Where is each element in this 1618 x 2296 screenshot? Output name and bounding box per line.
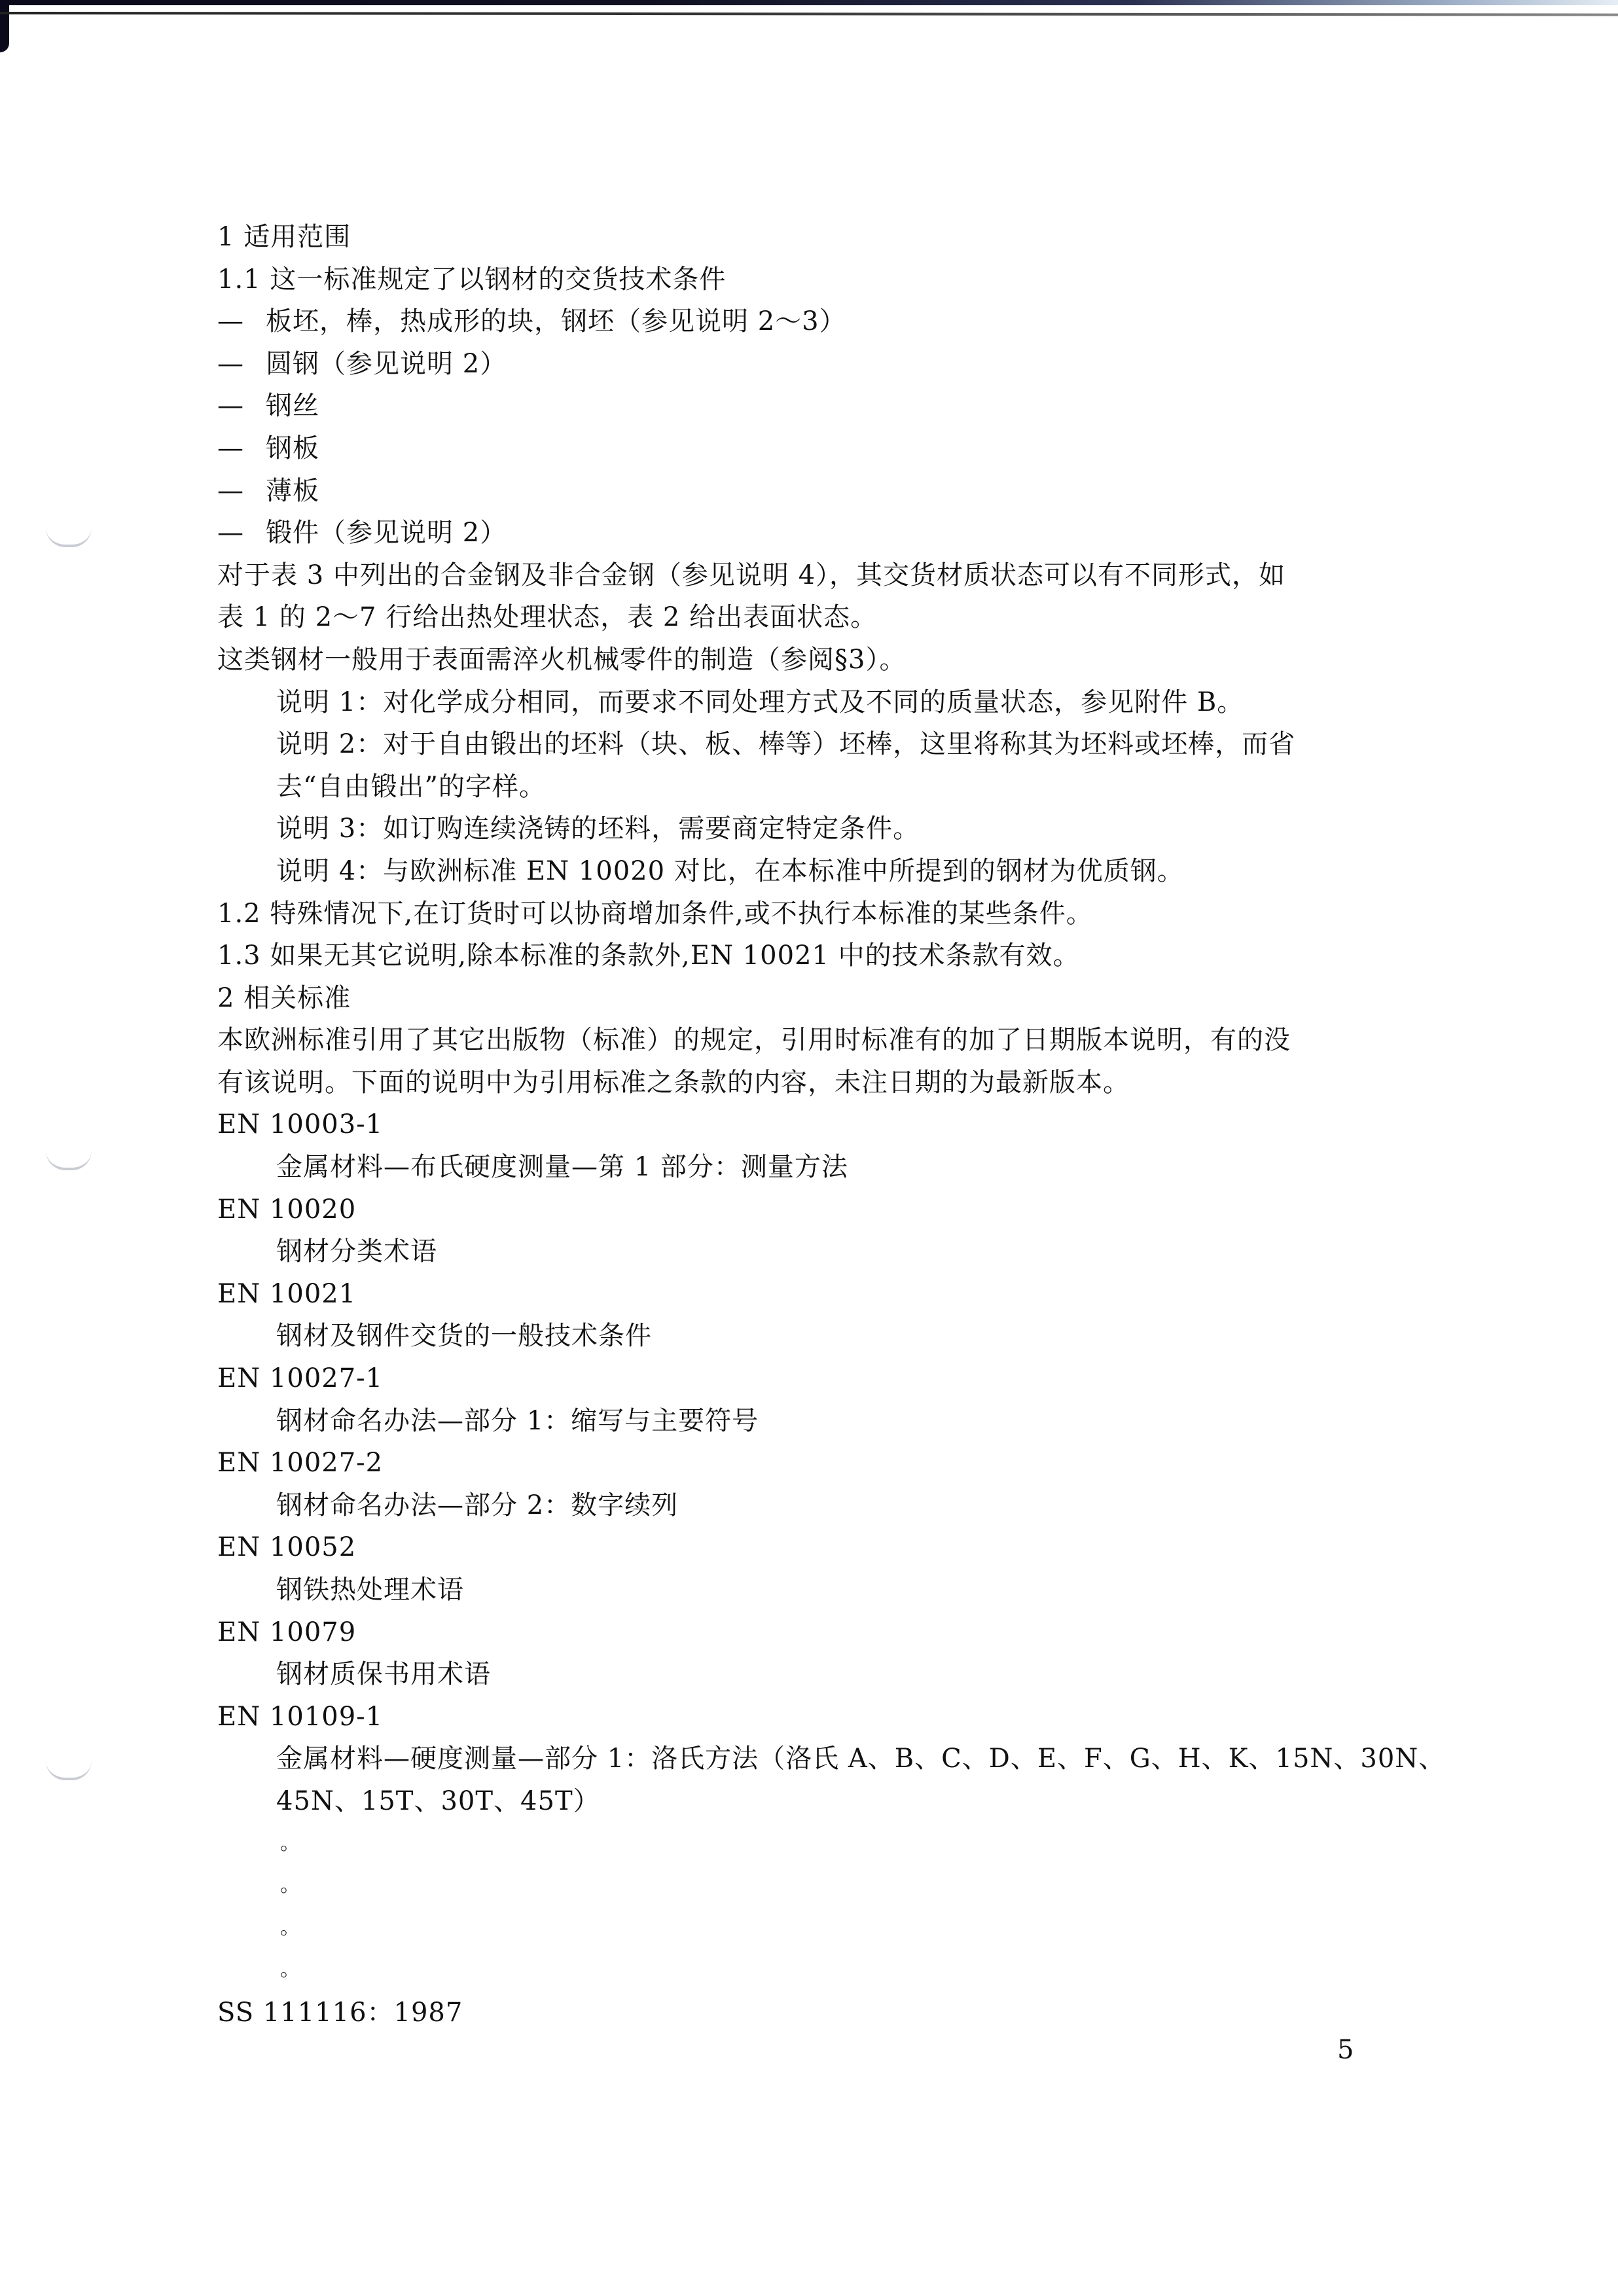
note-2-line-2: 去“自由锻出”的字样。 [217,766,1356,808]
ellipsis-mark: 。 [217,1865,1356,1907]
scan-corner-shadow [0,0,9,52]
delivery-paragraph-line-1: 对于表 3 中列出的合金钢及非合金钢（参见说明 4），其交货材质状态可以有不同形… [217,554,1356,597]
list-item-text: 板坯，棒，热成形的块，钢坯（参见说明 2～3） [266,306,846,336]
product-list-item: —钢丝 [217,385,1356,427]
reference-code: EN 10020 [217,1189,1356,1231]
list-item-text: 锻件（参见说明 2） [266,518,507,548]
scan-top-rule [0,12,1618,16]
reference-code: EN 10052 [217,1526,1356,1569]
product-list-item: —板坯，棒，热成形的块，钢坯（参见说明 2～3） [217,300,1356,343]
usage-paragraph: 这类钢材一般用于表面需淬火机械零件的制造（参阅§3）。 [217,639,1356,681]
punch-hole-mark [46,1761,92,1780]
section-1-heading: 1 适用范围 [217,216,1356,259]
section-2-heading: 2 相关标准 [217,977,1356,1020]
list-item-text: 钢丝 [266,391,319,421]
list-item-text: 圆钢（参见说明 2） [266,349,507,379]
reference-code: EN 10109-1 [217,1696,1356,1738]
reference-code: EN 10027-2 [217,1442,1356,1484]
list-item-text: 薄板 [266,476,319,506]
reference-title: 金属材料—布氏硬度测量—第 1 部分：测量方法 [217,1146,1356,1189]
reference-code: EN 10021 [217,1273,1356,1316]
dash-bullet: — [217,512,266,554]
list-item-text: 钢板 [266,433,319,463]
reference-title: 钢材质保书用术语 [217,1653,1356,1696]
punch-hole-mark [46,1151,92,1170]
reference-code: EN 10027-1 [217,1357,1356,1400]
clause-1-1: 1.1 这一标准规定了以钢材的交货技术条件 [217,259,1356,301]
ellipsis-mark: 。 [217,1823,1356,1865]
reference-title: 钢铁热处理术语 [217,1569,1356,1611]
section-2-intro-line-1: 本欧洲标准引用了其它出版物（标准）的规定，引用时标准有的加了日期版本说明，有的没 [217,1019,1356,1062]
product-list-item: —薄板 [217,470,1356,512]
reference-code-last: SS 111116：1987 [217,1992,1356,2034]
dash-bullet: — [217,343,266,386]
ellipsis-mark: 。 [217,1949,1356,1992]
note-1: 说明 1：对化学成分相同，而要求不同处理方式及不同的质量状态，参见附件 B。 [217,681,1356,724]
dash-bullet: — [217,300,266,343]
reference-title: 钢材命名办法—部分 1：缩写与主要符号 [217,1400,1356,1443]
document-page: 1 适用范围 1.1 这一标准规定了以钢材的交货技术条件 —板坯，棒，热成形的块… [217,216,1356,2034]
reference-code: EN 10079 [217,1611,1356,1654]
punch-hole-mark [46,528,92,547]
reference-title-line-1: 金属材料—硬度测量—部分 1：洛氏方法（洛氏 A、B、C、D、E、F、G、H、K… [217,1738,1356,1780]
product-list-item: —圆钢（参见说明 2） [217,343,1356,386]
product-list-item: —钢板 [217,427,1356,470]
reference-title: 钢材分类术语 [217,1230,1356,1273]
reference-title: 钢材及钢件交货的一般技术条件 [217,1315,1356,1357]
reference-code: EN 10003-1 [217,1103,1356,1146]
page-number: 5 [1337,2034,1354,2066]
dash-bullet: — [217,427,266,470]
clause-1-3: 1.3 如果无其它说明,除本标准的条款外,EN 10021 中的技术条款有效。 [217,935,1356,977]
delivery-paragraph-line-2: 表 1 的 2～7 行给出热处理状态，表 2 给出表面状态。 [217,596,1356,639]
ellipsis-mark: 。 [217,1907,1356,1950]
reference-title-line-2: 45N、15T、30T、45T） [217,1780,1356,1823]
dash-bullet: — [217,385,266,427]
note-3: 说明 3：如订购连续浇铸的坯料，需要商定特定条件。 [217,808,1356,850]
product-list-item: —锻件（参见说明 2） [217,512,1356,554]
reference-title: 钢材命名办法—部分 2：数字续列 [217,1484,1356,1527]
scan-top-border [0,0,1618,5]
clause-1-2: 1.2 特殊情况下,在订货时可以协商增加条件,或不执行本标准的某些条件。 [217,893,1356,935]
section-2-intro-line-2: 有该说明。下面的说明中为引用标准之条款的内容，未注日期的为最新版本。 [217,1062,1356,1104]
note-4: 说明 4：与欧洲标准 EN 10020 对比，在本标准中所提到的钢材为优质钢。 [217,850,1356,893]
dash-bullet: — [217,470,266,512]
note-2-line-1: 说明 2：对于自由锻出的坯料（块、板、棒等）坯棒，这里将称其为坯料或坯棒，而省 [217,723,1356,766]
